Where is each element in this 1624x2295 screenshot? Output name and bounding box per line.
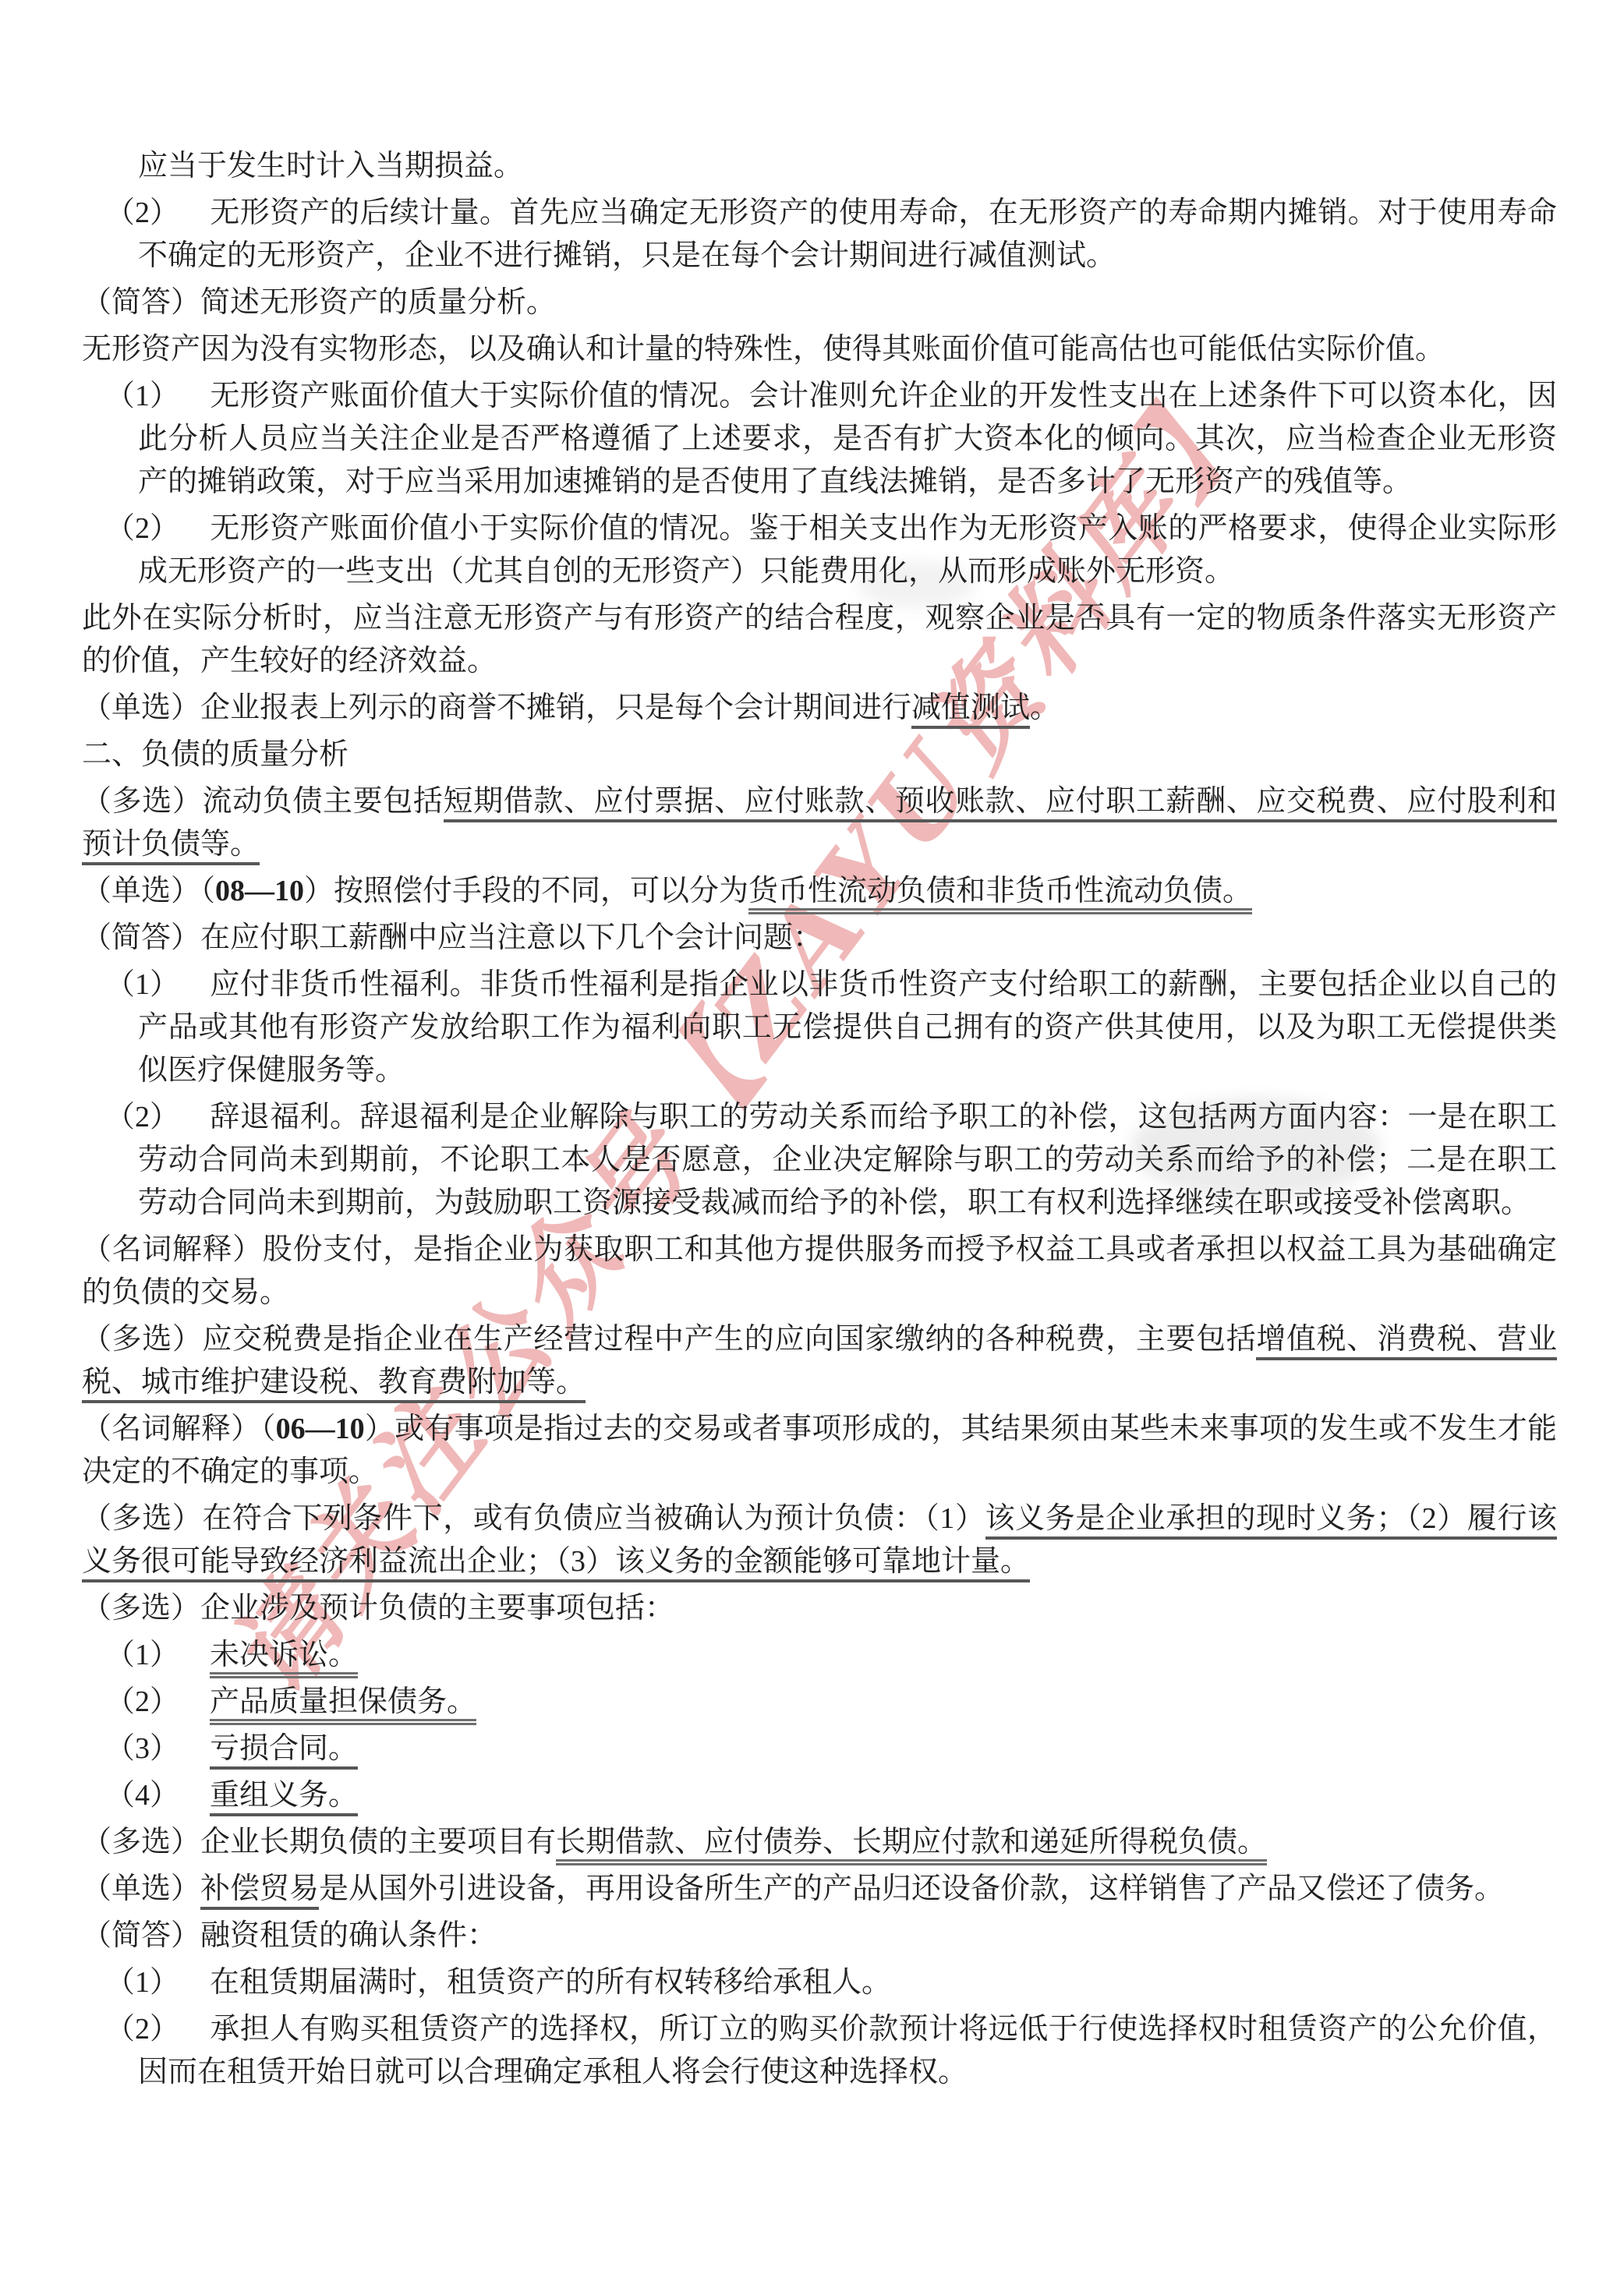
paragraph: （简答）融资租赁的确认条件： <box>82 1915 1557 1957</box>
text-run: （多选）企业涉及预计负债的主要事项包括： <box>82 1592 674 1625</box>
document-page: 请关注公众号【ZAYU资料库】 应当于发生时计入当期损益。（2）无形资产的后续计… <box>0 0 1624 2295</box>
text-run: （多选）企业长期负债的主要项目有 <box>82 1826 556 1858</box>
underlined-text: 产品质量担保债务。 <box>210 1685 476 1725</box>
paragraph: （单选）补偿贸易是从国外引进设备，再用设备所生产的产品归还设备价款，这样销售了产… <box>82 1868 1557 1911</box>
item-number: （2） <box>105 192 179 235</box>
bold-text: 06—10 <box>276 1413 365 1445</box>
underlined-text: 重组义务。 <box>210 1779 358 1816</box>
text-run: 此外在实际分析时，应当注意无形资产与有形资产的结合程度，观察企业是否具有一定的物… <box>82 602 1557 677</box>
item-number: （2） <box>105 1096 179 1139</box>
text-run: 辞退福利。辞退福利是企业解除与职工的劳动关系而给予职工的补偿，这包括两方面内容：… <box>138 1101 1557 1219</box>
item-number: （2） <box>105 2008 179 2051</box>
paragraph: （多选）在符合下列条件下，或有负债应当被确认为预计负债：（1）该义务是企业承担的… <box>82 1498 1557 1583</box>
item-number: （4） <box>105 1774 179 1817</box>
paragraph: （名词解释）股份支付，是指企业为获取职工和其他方提供服务而授予权益工具或者承担以… <box>82 1229 1557 1314</box>
text-run: 无形资产因为没有实物形态，以及确认和计量的特殊性，使得其账面价值可能高估也可能低… <box>82 333 1445 366</box>
paragraph: （多选）企业涉及预计负债的主要事项包括： <box>82 1587 1557 1630</box>
item-number: （1） <box>105 964 179 1006</box>
list-item: （1）在租赁期届满时，租赁资产的所有权转移给承租人。 <box>82 1961 1557 2004</box>
underlined-text: 长期借款、应付债券、长期应付款和递延所得税负债。 <box>556 1826 1267 1865</box>
list-item: （3）亏损合同。 <box>82 1727 1557 1770</box>
paragraph: （简答）在应付职工薪酬中应当注意以下几个会计问题： <box>82 917 1557 960</box>
paragraph: （单选）企业报表上列示的商誉不摊销，只是每个会计期间进行减值测试。 <box>82 687 1557 730</box>
paragraph: （单选）（08—10）按照偿付手段的不同，可以分为货币性流动负债和非货币性流动负… <box>82 870 1557 913</box>
paragraph: （多选）流动负债主要包括短期借款、应付票据、应付账款、预收账款、应付职工薪酬、应… <box>82 780 1557 866</box>
list-item: （1）应付非货币性福利。非货币性福利是指企业以非货币性资产支付给职工的薪酬，主要… <box>82 964 1557 1092</box>
paragraph: （多选）应交税费是指企业在生产经营过程中产生的应向国家缴纳的各种税费，主要包括增… <box>82 1318 1557 1404</box>
list-item: （1）无形资产账面价值大于实际价值的情况。会计准则允许企业的开发性支出在上述条件… <box>82 375 1557 504</box>
text-run: （简答）简述无形资产的质量分析。 <box>82 286 556 319</box>
text-run: 是从国外引进设备，再用设备所生产的产品归还设备价款，这样销售了产品又偿还了债务。 <box>319 1872 1504 1905</box>
list-item: （2）产品质量担保债务。 <box>82 1681 1557 1724</box>
item-number: （2） <box>105 507 179 550</box>
bold-text: 08—10 <box>215 875 304 907</box>
paragraph: （名词解释）（06—10）或有事项是指过去的交易或者事项形成的，其结果须由某些未… <box>82 1408 1557 1494</box>
text-run: 应付非货币性福利。非货币性福利是指企业以非货币性资产支付给职工的薪酬，主要包括企… <box>138 968 1557 1087</box>
text-run: （多选）流动负债主要包括 <box>82 785 444 818</box>
text-run: （简答）在应付职工薪酬中应当注意以下几个会计问题： <box>82 921 823 954</box>
item-number: （2） <box>105 1681 179 1724</box>
underlined-text: 未决诉讼。 <box>210 1639 358 1678</box>
text-run: （多选）在符合下列条件下，或有负债应当被确认为预计负债：（1） <box>82 1502 985 1535</box>
text-run: 应当于发生时计入当期损益。 <box>138 150 523 182</box>
text-run: 无形资产账面价值小于实际价值的情况。鉴于相关支出作为无形资产入账的严格要求，使得… <box>138 512 1557 588</box>
text-run: （单选）企业报表上列示的商誉不摊销，只是每个会计期间进行 <box>82 691 911 724</box>
underlined-text: 货币性流动负债和非货币性流动负债。 <box>748 875 1252 914</box>
text-run: 在租赁期届满时，租赁资产的所有权转移给承租人。 <box>210 1966 891 1999</box>
list-item: （2）承担人有购买租赁资产的选择权，所订立的购买价款预计将远低于行使选择权时租赁… <box>82 2008 1557 2094</box>
text-run: （多选）应交税费是指企业在生产经营过程中产生的应向国家缴纳的各种税费，主要包括 <box>82 1323 1256 1356</box>
text-run: （名词解释）（ <box>82 1413 276 1445</box>
list-item: （1）未决诉讼。 <box>82 1634 1557 1677</box>
text-run: （名词解释）股份支付，是指企业为获取职工和其他方提供服务而授予权益工具或者承担以… <box>82 1233 1557 1309</box>
paragraph: （简答）简述无形资产的质量分析。 <box>82 281 1557 324</box>
text-run: 无形资产的后续计量。首先应当确定无形资产的使用寿命，在无形资产的寿命期内摊销。对… <box>138 196 1557 272</box>
text-run: ）按照偿付手段的不同，可以分为 <box>304 875 748 907</box>
underlined-text: 补偿贸易 <box>200 1872 319 1910</box>
text-run: （单选）（ <box>82 875 215 907</box>
paragraph: 应当于发生时计入当期损益。 <box>82 145 1557 188</box>
text-run: 二、负债的质量分析 <box>82 738 349 771</box>
underlined-text: 亏损合同。 <box>210 1732 358 1770</box>
paragraph: （多选）企业长期负债的主要项目有长期借款、应付债券、长期应付款和递延所得税负债。 <box>82 1821 1557 1864</box>
item-number: （1） <box>105 375 179 418</box>
list-item: （2）无形资产账面价值小于实际价值的情况。鉴于相关支出作为无形资产入账的严格要求… <box>82 507 1557 593</box>
item-number: （3） <box>105 1727 179 1770</box>
text-run: 。 <box>1030 691 1060 724</box>
text-run: （简答）融资租赁的确认条件： <box>82 1919 497 1952</box>
text-run: 承担人有购买租赁资产的选择权，所订立的购买价款预计将远低于行使选择权时租赁资产的… <box>138 2013 1557 2088</box>
item-number: （1） <box>105 1634 179 1677</box>
paragraph: 无形资产因为没有实物形态，以及确认和计量的特殊性，使得其账面价值可能高估也可能低… <box>82 328 1557 371</box>
list-item: （2）辞退福利。辞退福利是企业解除与职工的劳动关系而给予职工的补偿，这包括两方面… <box>82 1096 1557 1225</box>
paragraph: 此外在实际分析时，应当注意无形资产与有形资产的结合程度，观察企业是否具有一定的物… <box>82 597 1557 683</box>
list-item: （4）重组义务。 <box>82 1774 1557 1817</box>
paragraph: 二、负债的质量分析 <box>82 734 1557 776</box>
item-number: （1） <box>105 1961 179 2004</box>
text-run: （单选） <box>82 1872 200 1905</box>
underlined-text: 减值测试 <box>911 691 1030 729</box>
list-item: （2）无形资产的后续计量。首先应当确定无形资产的使用寿命，在无形资产的寿命期内摊… <box>82 192 1557 278</box>
text-run: 无形资产账面价值大于实际价值的情况。会计准则允许企业的开发性支出在上述条件下可以… <box>138 380 1557 498</box>
document-content: 应当于发生时计入当期损益。（2）无形资产的后续计量。首先应当确定无形资产的使用寿… <box>82 145 1557 2098</box>
